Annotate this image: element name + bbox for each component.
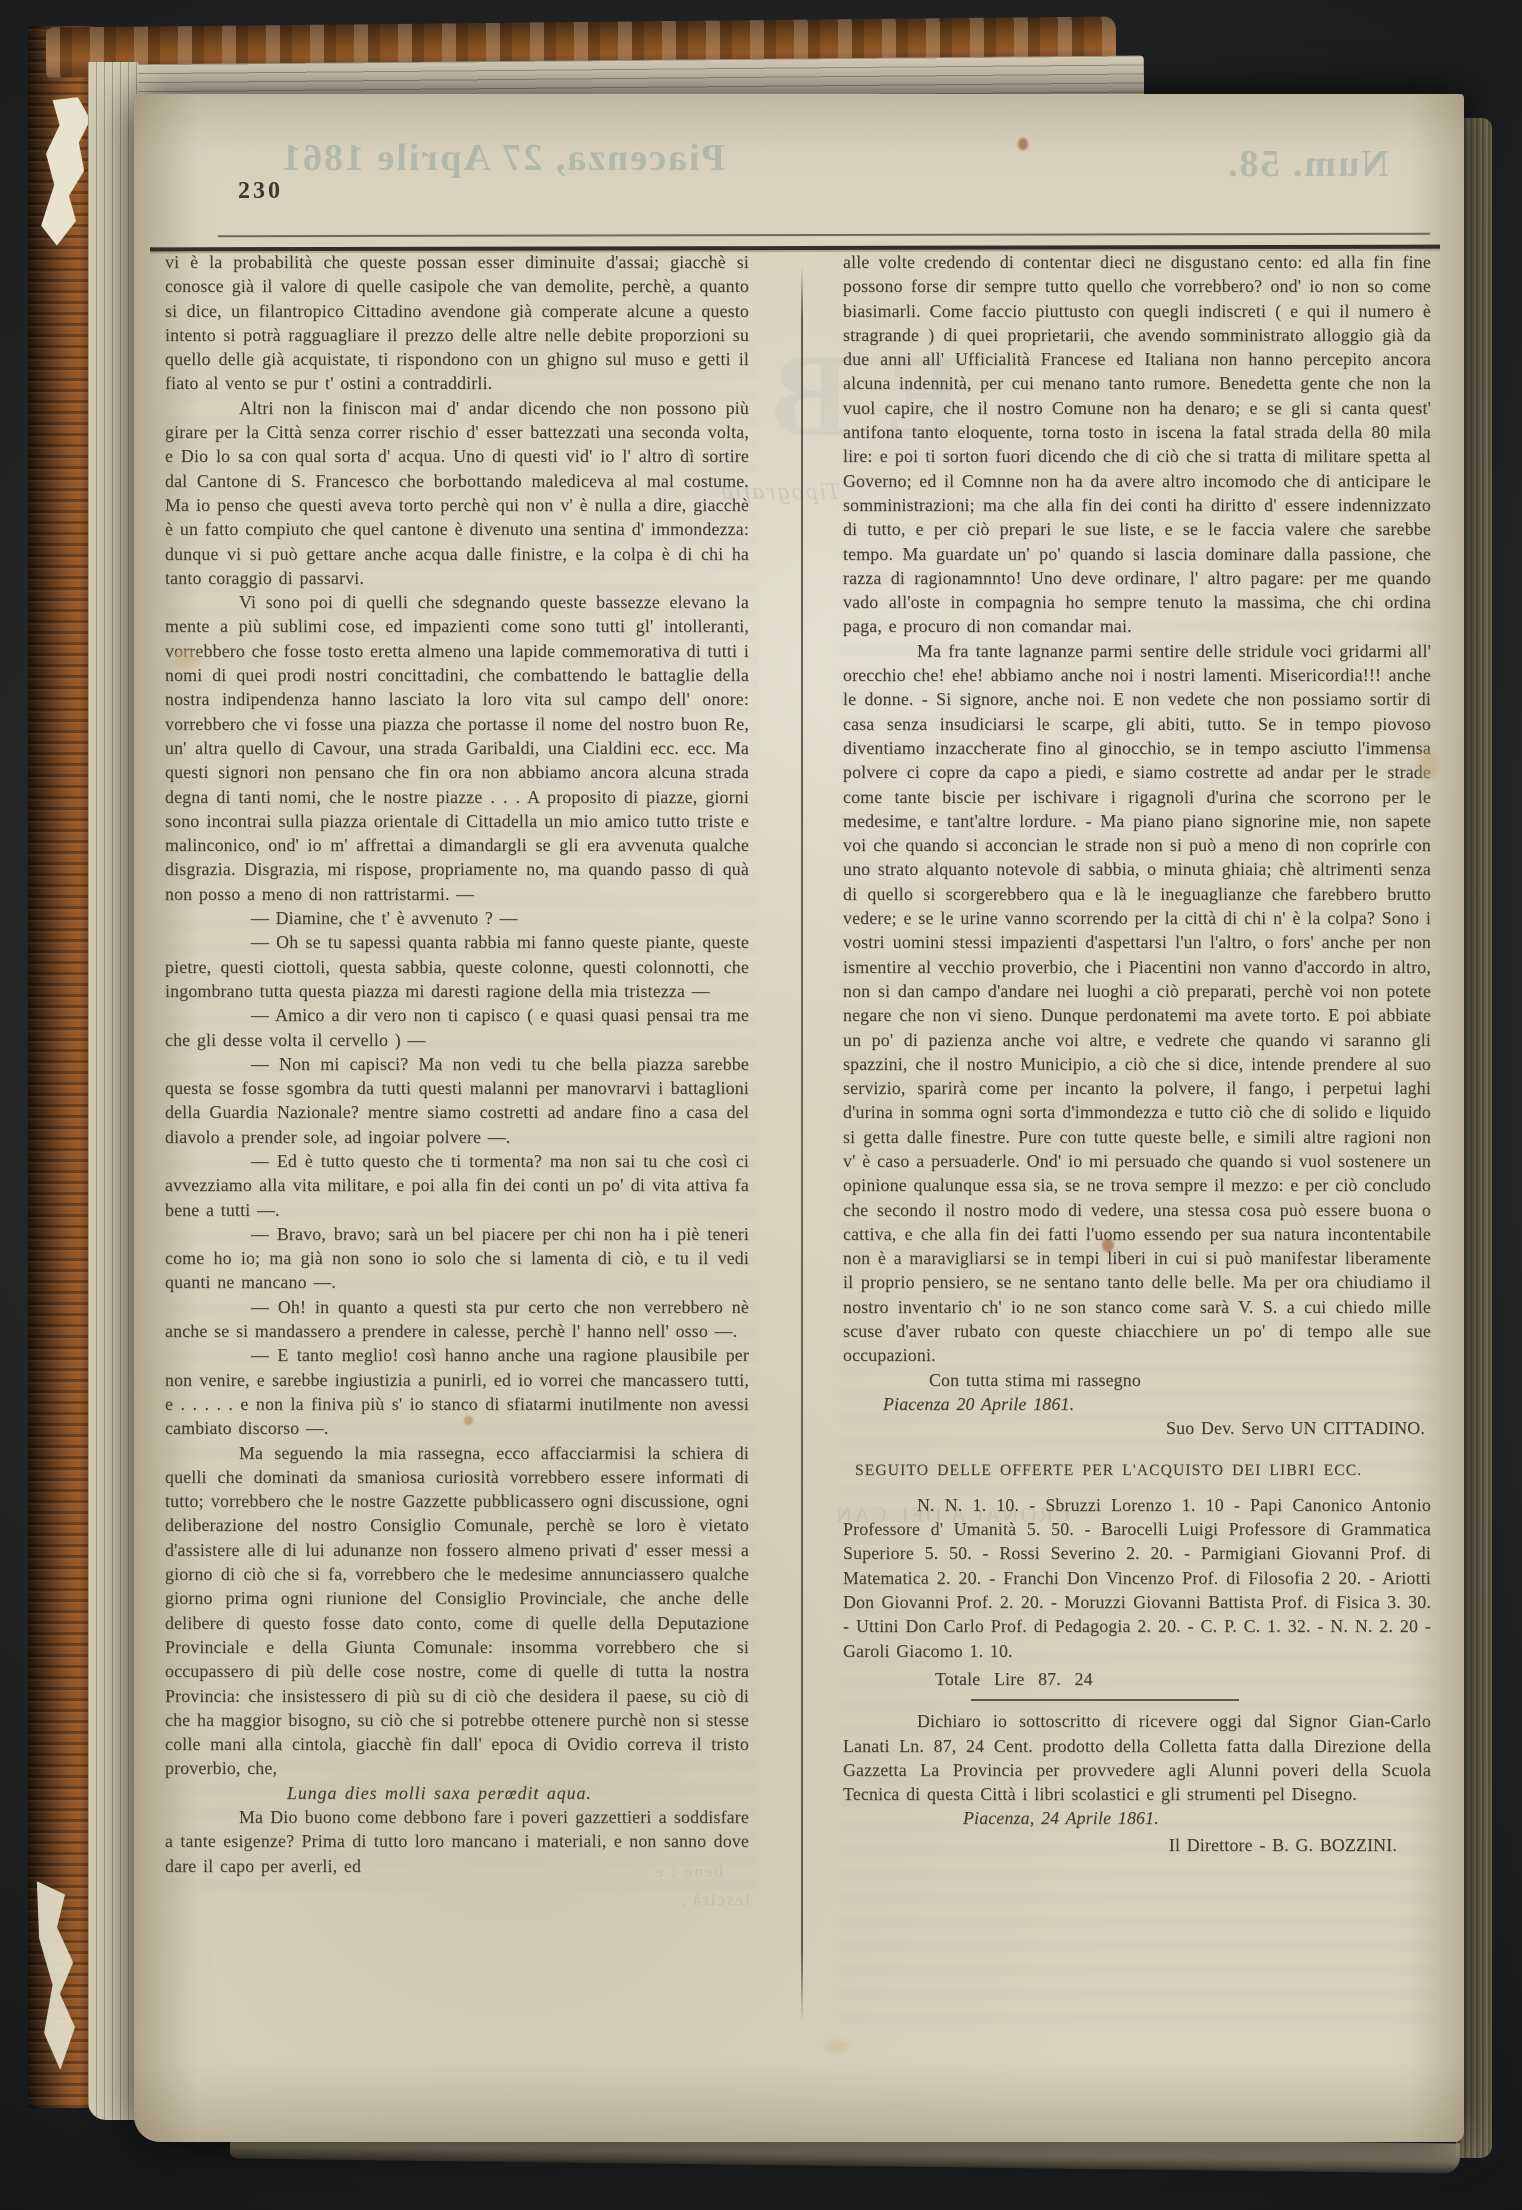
bleedthrough-text: Piacenza, 27 Aprile 1861 bbox=[280, 136, 725, 180]
paragraph: — Oh se tu sapessi quanta rabbia mi fann… bbox=[165, 930, 749, 1003]
paragraph: Suo Dev. Servo UN CITTADINO. bbox=[843, 1416, 1431, 1440]
fox-stain bbox=[1018, 138, 1028, 150]
page-number: 230 bbox=[238, 178, 283, 205]
paragraph: Piacenza 20 Aprile 1861. bbox=[843, 1392, 1431, 1416]
paragraph: N. N. 1. 10. - Sbruzzi Lorenzo 1. 10 - P… bbox=[843, 1493, 1431, 1663]
paragraph: — Non mi capisci? Ma non vedi tu che bel… bbox=[165, 1052, 749, 1149]
paragraph: Lunga dies molli saxa perœdit aqua. bbox=[165, 1781, 749, 1805]
paragraph: — Bravo, bravo; sarà un bel piacere per … bbox=[165, 1222, 749, 1295]
right-column: alle volte credendo di contentar dieci n… bbox=[843, 250, 1431, 2130]
paragraph: Altri non la finiscon mai d' andar dicen… bbox=[165, 396, 749, 590]
paragraph: vi è la probabilità che queste possan es… bbox=[165, 250, 749, 396]
paragraph: Vi sono poi di quelli che sdegnando ques… bbox=[165, 590, 749, 906]
section-rule bbox=[971, 1699, 1239, 1701]
paragraph: Ma Dio buono come debbono fare i poveri … bbox=[165, 1805, 749, 1878]
book-spine-leather bbox=[28, 26, 94, 2108]
scanned-newspaper-page: Piacenza, 27 Aprile 1861Num. 58.E BTipog… bbox=[0, 0, 1522, 2210]
paragraph: Con tutta stima mi rassegno bbox=[843, 1368, 1431, 1392]
paragraph: — Amico a dir vero non ti capisco ( e qu… bbox=[165, 1003, 749, 1052]
left-column: vi è la probabilità che queste possan es… bbox=[165, 250, 749, 2130]
newspaper-page: Piacenza, 27 Aprile 1861Num. 58.E BTipog… bbox=[134, 94, 1464, 2142]
paragraph: SEGUITO DELLE OFFERTE PER L'ACQUISTO DEI… bbox=[843, 1459, 1431, 1483]
paragraph: — E tanto meglio! così hanno anche una r… bbox=[165, 1343, 749, 1440]
paragraph: — Ed è tutto questo che ti tormenta? ma … bbox=[165, 1149, 749, 1222]
page-edges-left bbox=[88, 62, 138, 2120]
paragraph: Dichiaro io sottoscritto di ricevere ogg… bbox=[843, 1709, 1431, 1806]
paragraph: alle volte credendo di contentar dieci n… bbox=[843, 250, 1431, 639]
bleedthrough-text: Num. 58. bbox=[1226, 142, 1389, 186]
paragraph: Il Direttore - B. G. BOZZINI. bbox=[843, 1833, 1431, 1857]
paragraph: Piacenza, 24 Aprile 1861. bbox=[843, 1806, 1431, 1830]
paragraph: — Diamine, che t' è avvenuto ? — bbox=[165, 906, 749, 930]
header-rule-thin bbox=[218, 233, 1430, 238]
paragraph: Ma fra tante lagnanze parmi sentire dell… bbox=[843, 639, 1431, 1368]
paragraph: — Oh! in quanto a questi sta pur certo c… bbox=[165, 1295, 749, 1344]
column-divider-rule bbox=[801, 266, 803, 2022]
paragraph: Ma seguendo la mia rassegna, ecco affacc… bbox=[165, 1441, 749, 1781]
paragraph: Totale Lire 87. 24 bbox=[843, 1667, 1431, 1691]
